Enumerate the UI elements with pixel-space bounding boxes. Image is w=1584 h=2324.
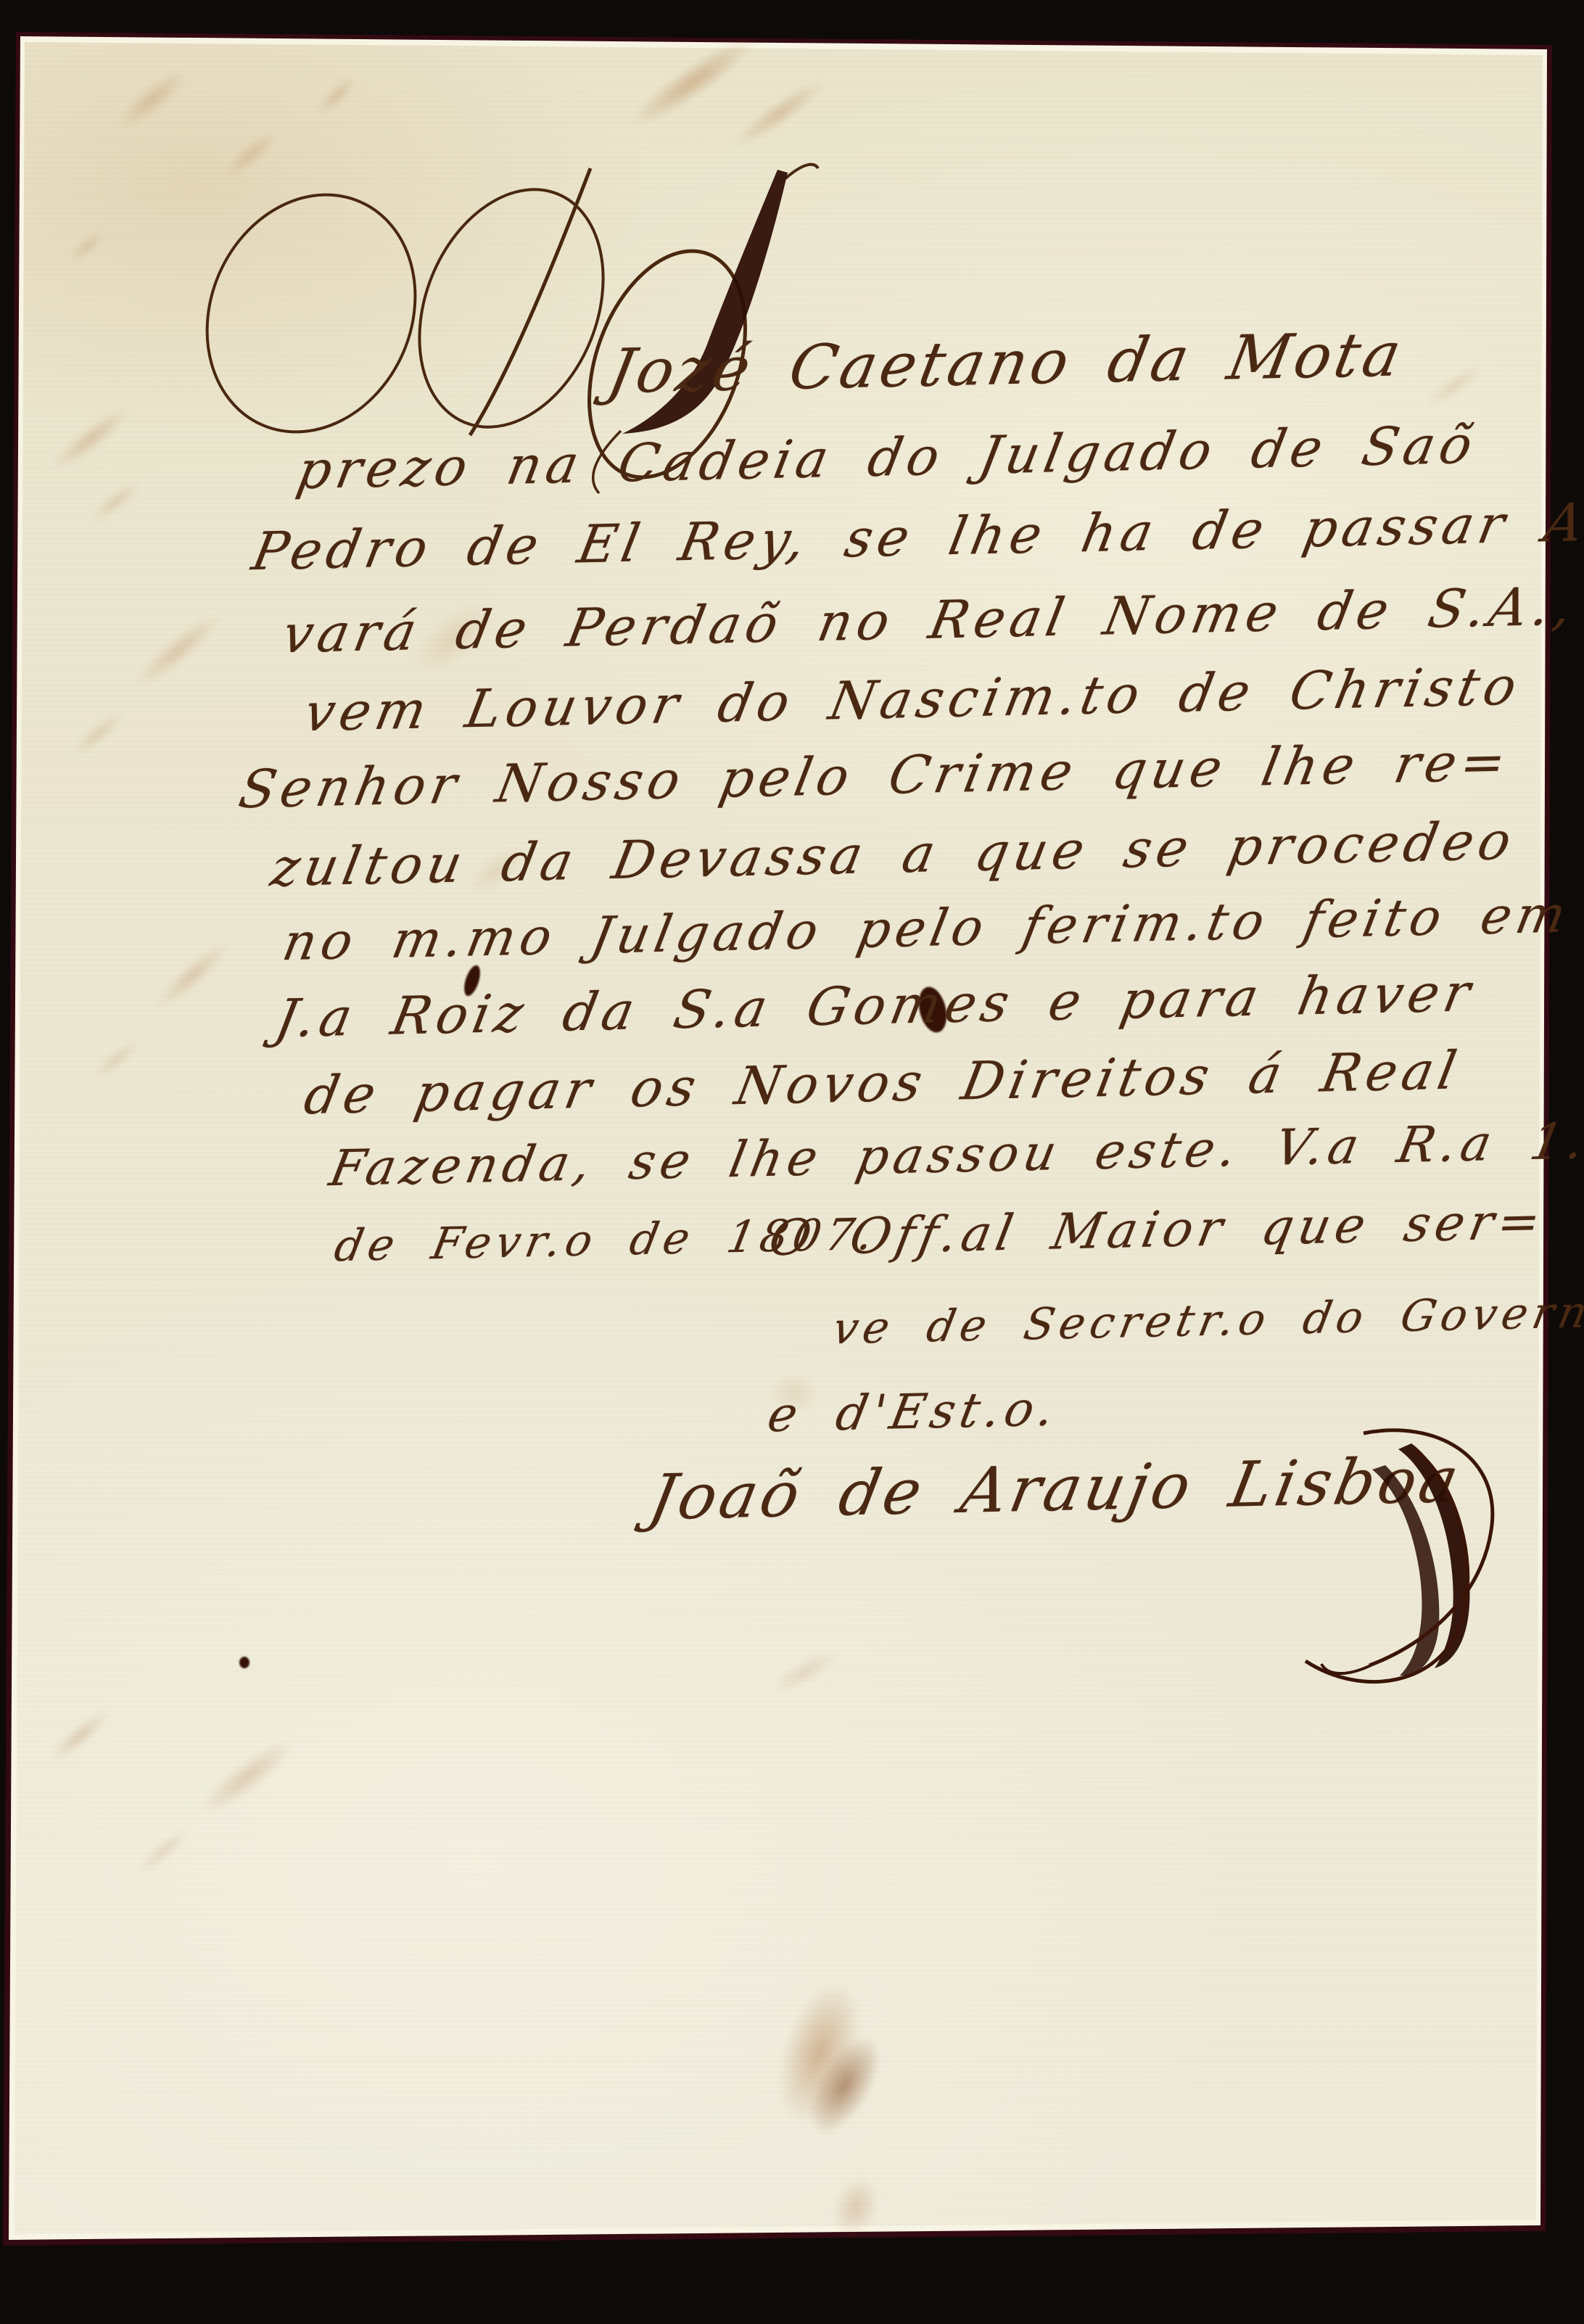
handwriting-line: Jozé Caetano da Mota <box>603 324 1409 402</box>
handwriting-line: Senhor Nosso pelo Crime que lhe re= <box>235 735 1515 816</box>
handwriting-line: de pagar os Novos Direitos á Real <box>300 1044 1465 1121</box>
handwriting-layer: Jozé Caetano da Mota prezo na Cadeia do … <box>0 0 1584 2324</box>
handwriting-line: ve de Secretr.o do Governo, <box>830 1290 1584 1351</box>
handwriting-line: e d'Est.o. <box>764 1385 1063 1439</box>
handwriting-line: J.a Roiz da S.a Gomes e para haver <box>271 966 1479 1044</box>
handwriting-line: no m.mo Julgado pelo ferim.to feito em <box>279 889 1575 968</box>
handwriting-line: Fazenda, se lhe passou este. V.a R.a 1.o <box>326 1116 1584 1194</box>
manuscript-photo: Jozé Caetano da Mota prezo na Cadeia do … <box>0 0 1584 2324</box>
signature-rubric <box>1276 1422 1538 1697</box>
handwriting-line: zultou da Devassa a que se procedeo <box>267 815 1520 894</box>
handwriting-line: O Off.al Maior que ser= <box>765 1198 1549 1264</box>
